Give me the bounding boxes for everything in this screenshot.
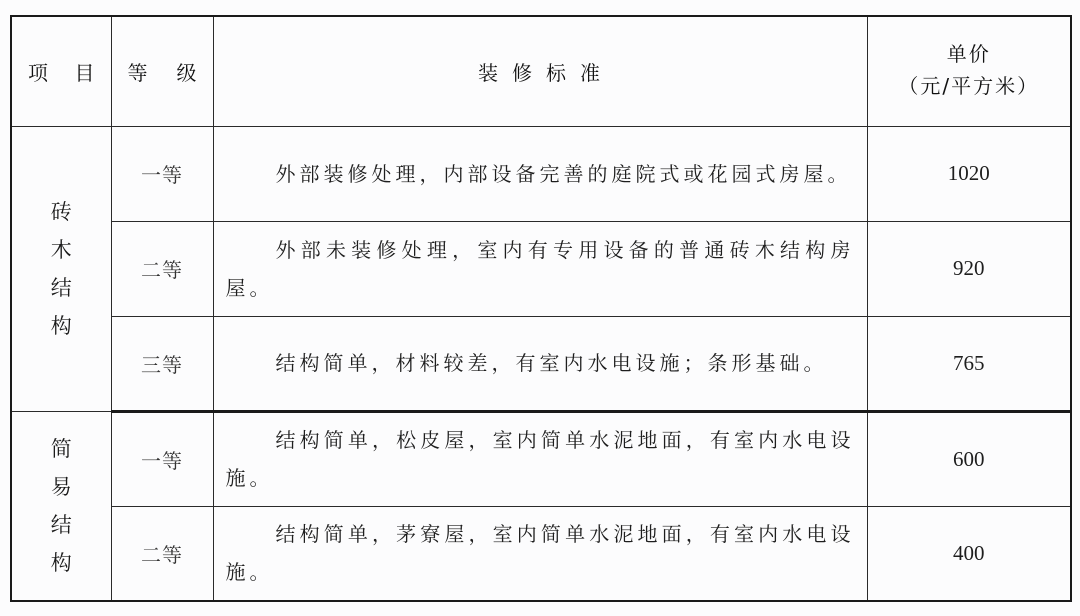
standard-cell: 结构简单，松皮屋，室内简单水泥地面，有室内水电设施。 xyxy=(213,411,867,506)
table-row: 砖 木 结 构 一等 外部装修处理，内部设备完善的庭院式或花园式房屋。 1020 xyxy=(11,126,1071,221)
category-char: 构 xyxy=(12,544,111,582)
category-char: 木 xyxy=(12,231,111,269)
header-item-char: 项 xyxy=(28,57,50,86)
header-grade: 等 级 xyxy=(111,16,213,126)
header-item: 项 目 xyxy=(11,16,111,126)
price-standard-table-container: 项 目 等 级 装修标准 单价 （元/平方米） xyxy=(10,15,1070,601)
category-char: 砖 xyxy=(12,193,111,231)
header-item-char: 目 xyxy=(75,57,97,86)
header-price-title: 单价 xyxy=(868,39,1071,69)
standard-cell: 外部装修处理，内部设备完善的庭院式或花园式房屋。 xyxy=(213,126,867,221)
grade-cell: 二等 xyxy=(111,506,213,601)
header-standard: 装修标准 xyxy=(213,16,867,126)
header-standard-char: 准 xyxy=(580,57,602,86)
table-row: 三等 结构简单，材料较差，有室内水电设施；条形基础。 765 xyxy=(11,316,1071,411)
table-row: 简 易 结 构 一等 结构简单，松皮屋，室内简单水泥地面，有室内水电设施。 60… xyxy=(11,411,1071,506)
grade-cell: 一等 xyxy=(111,126,213,221)
standard-cell: 结构简单，材料较差，有室内水电设施；条形基础。 xyxy=(213,316,867,411)
header-grade-char: 级 xyxy=(177,57,199,86)
grade-cell: 一等 xyxy=(111,411,213,506)
standard-cell: 结构简单，茅寮屋，室内简单水泥地面，有室内水电设施。 xyxy=(213,506,867,601)
price-cell: 1020 xyxy=(867,126,1071,221)
header-standard-char: 装 xyxy=(478,57,500,86)
standard-cell: 外部未装修处理，室内有专用设备的普通砖木结构房屋。 xyxy=(213,221,867,316)
header-standard-char: 修 xyxy=(512,57,534,86)
header-standard-char: 标 xyxy=(546,57,568,86)
price-cell: 765 xyxy=(867,316,1071,411)
header-unit-price: 单价 （元/平方米） xyxy=(867,16,1071,126)
category-char: 简 xyxy=(12,430,111,468)
price-cell: 400 xyxy=(867,506,1071,601)
category-char: 易 xyxy=(12,468,111,506)
category-cell-brick-wood: 砖 木 结 构 xyxy=(11,126,111,411)
price-cell: 920 xyxy=(867,221,1071,316)
table-row: 二等 结构简单，茅寮屋，室内简单水泥地面，有室内水电设施。 400 xyxy=(11,506,1071,601)
grade-cell: 三等 xyxy=(111,316,213,411)
grade-cell: 二等 xyxy=(111,221,213,316)
category-char: 结 xyxy=(12,269,111,307)
header-grade-char: 等 xyxy=(128,57,150,86)
renovation-price-table: 项 目 等 级 装修标准 单价 （元/平方米） xyxy=(10,15,1072,602)
category-cell-simple: 简 易 结 构 xyxy=(11,411,111,601)
category-char: 构 xyxy=(12,307,111,345)
table-row: 二等 外部未装修处理，室内有专用设备的普通砖木结构房屋。 920 xyxy=(11,221,1071,316)
header-price-unit: （元/平方米） xyxy=(868,69,1071,103)
price-cell: 600 xyxy=(867,411,1071,506)
header-row: 项 目 等 级 装修标准 单价 （元/平方米） xyxy=(11,16,1071,126)
category-char: 结 xyxy=(12,506,111,544)
